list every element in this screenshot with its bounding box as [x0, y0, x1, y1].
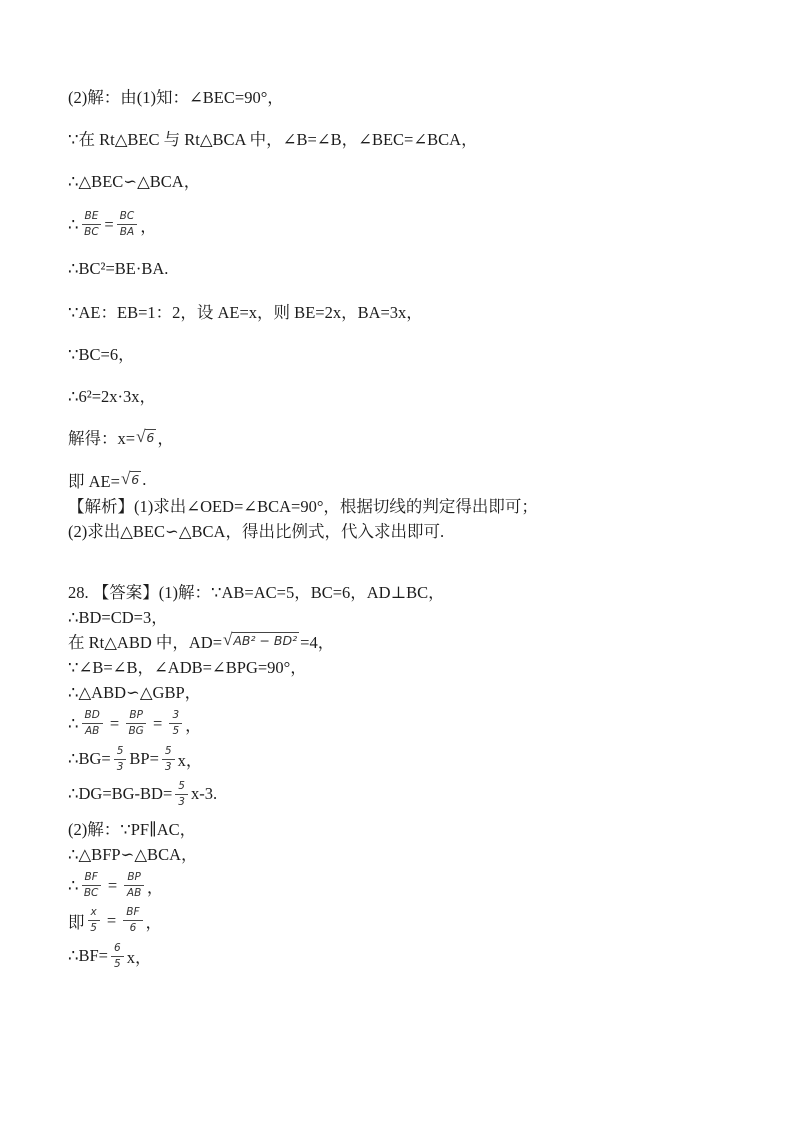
document-line: 即 AE=√6.: [68, 467, 737, 492]
radicand: 6: [130, 471, 141, 489]
text-run: BP=: [129, 749, 159, 769]
radical-sign-icon: √: [136, 428, 145, 447]
text-run: =: [104, 215, 113, 235]
document-line: ∴BG=53BP=53x，: [68, 745, 737, 774]
fraction: BPAB: [124, 871, 144, 900]
text-run: ∴: [68, 876, 79, 896]
text-run: ∴BC²=BE·BA.: [68, 259, 168, 279]
text-run: (2)解：由(1)知：∠BEC=90°，: [68, 84, 284, 108]
fraction: 53: [114, 745, 127, 774]
fraction-numerator: BF: [123, 906, 142, 921]
radicand: 6: [145, 429, 156, 447]
fraction-numerator: 5: [175, 780, 188, 795]
text-run: ，: [146, 909, 163, 933]
document-content: (2)解：由(1)知：∠BEC=90°，∵在 Rt△BEC 与 Rt△BCA 中…: [68, 84, 737, 971]
text-run: =4，: [300, 629, 334, 653]
document-line: ∴BD=CD=3，: [68, 603, 737, 628]
document-line: ∴△ABD∽△GBP，: [68, 678, 737, 703]
text-run: ∴△ABD∽△GBP，: [68, 679, 201, 703]
document-line: (2)解：∵PF∥AC，: [68, 815, 737, 840]
text-run: =: [149, 714, 167, 734]
fraction-denominator: 3: [178, 795, 185, 809]
document-line: ∴DG=BG-BD=53x-3.: [68, 780, 737, 809]
text-run: ∴6²=2x·3x，: [68, 383, 156, 407]
fraction-numerator: BD: [82, 709, 103, 724]
document-line: ∵∠B=∠B，∠ADB=∠BPG=90°，: [68, 653, 737, 678]
document-line: 在 Rt△ABD 中，AD=√AB² − BD²=4，: [68, 628, 737, 653]
sqrt-expression: √6: [136, 428, 156, 447]
document-line: ∴BC²=BE·BA.: [68, 257, 737, 281]
radicand: AB² − BD²: [232, 632, 299, 650]
text-run: ∵∠B=∠B，∠ADB=∠BPG=90°，: [68, 654, 307, 678]
fraction: BDAB: [82, 709, 103, 738]
radical-sign-icon: √: [223, 631, 232, 650]
fraction-denominator: 6: [130, 921, 137, 935]
document-line: 解得：x=√6，: [68, 425, 737, 449]
text-run: (2)解：∵PF∥AC，: [68, 816, 196, 840]
fraction-numerator: 6: [111, 942, 124, 957]
text-run: ，: [185, 712, 202, 736]
text-run: 28. 【答案】(1)解：∵AB=AC=5，BC=6，AD⊥BC，: [68, 579, 445, 603]
q27-analysis: 即 AE=√6.【解析】(1)求出∠OED=∠BCA=90°，根据切线的判定得出…: [68, 467, 737, 542]
document-line: ∴BDAB = BPBG = 35，: [68, 709, 737, 738]
text-run: ∴BF=: [68, 946, 108, 966]
text-run: ∵BC=6，: [68, 341, 135, 365]
text-run: =: [106, 714, 124, 734]
text-run: ∴BG=: [68, 749, 111, 769]
document-line: ∵BC=6，: [68, 341, 737, 365]
document-line: 即x5 = BF6，: [68, 906, 737, 935]
fraction: BFBC: [82, 871, 101, 900]
text-run: ∴△BFP∽△BCA，: [68, 841, 198, 865]
fraction-numerator: 5: [114, 745, 127, 760]
document-line: (2)求出△BEC∽△BCA，得出比例式，代入求出即可.: [68, 517, 737, 542]
fraction-denominator: BG: [128, 724, 143, 738]
fraction-denominator: 5: [172, 724, 179, 738]
document-line: ∴BF=65x，: [68, 942, 737, 971]
text-run: 【解析】(1)求出∠OED=∠BCA=90°，根据切线的判定得出即可；: [68, 493, 538, 517]
fraction-denominator: 5: [90, 921, 97, 935]
fraction-denominator: 5: [114, 957, 121, 971]
text-run: ∴: [68, 215, 79, 235]
text-run: 在 Rt△ABD 中，AD=: [68, 629, 222, 653]
fraction-numerator: BF: [82, 871, 101, 886]
document-page: (2)解：由(1)知：∠BEC=90°，∵在 Rt△BEC 与 Rt△BCA 中…: [0, 0, 793, 1122]
fraction: BCBA: [117, 210, 138, 239]
text-run: x，: [127, 944, 152, 968]
document-line: ∵AE：EB=1：2，设 AE=x，则 BE=2x，BA=3x，: [68, 299, 737, 323]
text-run: ∴BD=CD=3，: [68, 604, 168, 628]
document-line: (2)解：由(1)知：∠BEC=90°，: [68, 84, 737, 108]
fraction: BF6: [123, 906, 142, 935]
document-line: ∴△BEC∽△BCA，: [68, 168, 737, 192]
fraction-numerator: BE: [82, 210, 102, 225]
text-run: ，: [147, 874, 164, 898]
text-run: 即 AE=: [68, 468, 120, 492]
text-run: x，: [178, 747, 203, 771]
text-run: =: [103, 911, 121, 931]
fraction-denominator: BC: [84, 225, 99, 239]
fraction-numerator: x: [88, 906, 100, 921]
fraction-denominator: 3: [117, 760, 124, 774]
fraction-denominator: AB: [85, 724, 99, 738]
sqrt-expression: √6: [121, 470, 141, 489]
q27-part2-solution: (2)解：由(1)知：∠BEC=90°，∵在 Rt△BEC 与 Rt△BCA 中…: [68, 84, 737, 449]
document-line: ∴6²=2x·3x，: [68, 383, 737, 407]
text-run: ∵AE：EB=1：2，设 AE=x，则 BE=2x，BA=3x，: [68, 299, 423, 323]
text-run: ，: [157, 425, 174, 449]
text-run: x-3.: [191, 784, 217, 804]
fraction-numerator: 5: [162, 745, 175, 760]
document-line: 【解析】(1)求出∠OED=∠BCA=90°，根据切线的判定得出即可；: [68, 492, 737, 517]
text-run: ∴△BEC∽△BCA，: [68, 168, 200, 192]
fraction: 65: [111, 942, 124, 971]
fraction: BEBC: [82, 210, 102, 239]
document-line: ∴BFBC = BPAB，: [68, 871, 737, 900]
text-run: =: [104, 876, 122, 896]
fraction-numerator: BC: [117, 210, 138, 225]
text-run: ∵在 Rt△BEC 与 Rt△BCA 中，∠B=∠B，∠BEC=∠BCA，: [68, 126, 478, 150]
fraction: x5: [88, 906, 100, 935]
document-line: ∵在 Rt△BEC 与 Rt△BCA 中，∠B=∠B，∠BEC=∠BCA，: [68, 126, 737, 150]
fraction-numerator: BP: [124, 871, 144, 886]
fraction-denominator: 3: [165, 760, 172, 774]
fraction-numerator: 3: [169, 709, 182, 724]
document-line: ∴BEBC=BCBA，: [68, 210, 737, 239]
fraction: 35: [169, 709, 182, 738]
text-run: 解得：x=: [68, 425, 135, 449]
fraction-denominator: BA: [120, 225, 134, 239]
text-run: 即: [68, 909, 85, 933]
fraction: 53: [175, 780, 188, 809]
document-line: 28. 【答案】(1)解：∵AB=AC=5，BC=6，AD⊥BC，: [68, 578, 737, 603]
fraction: 53: [162, 745, 175, 774]
text-run: ，: [140, 213, 157, 237]
fraction-denominator: BC: [84, 886, 99, 900]
text-run: .: [142, 470, 146, 490]
text-run: (2)求出△BEC∽△BCA，得出比例式，代入求出即可.: [68, 518, 444, 542]
fraction-denominator: AB: [127, 886, 141, 900]
q28-answer: 28. 【答案】(1)解：∵AB=AC=5，BC=6，AD⊥BC，∴BD=CD=…: [68, 578, 737, 971]
radical-sign-icon: √: [121, 470, 130, 489]
text-run: ∴DG=BG-BD=: [68, 784, 172, 804]
document-line: ∴△BFP∽△BCA，: [68, 840, 737, 865]
sqrt-expression: √AB² − BD²: [223, 631, 299, 650]
fraction-numerator: BP: [126, 709, 146, 724]
text-run: ∴: [68, 714, 79, 734]
fraction: BPBG: [126, 709, 146, 738]
